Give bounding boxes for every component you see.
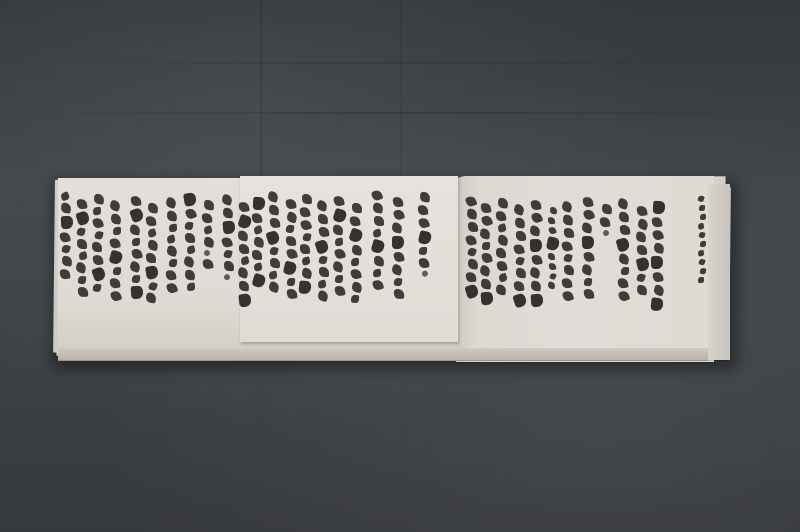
ink-glyph	[498, 273, 508, 283]
ink-glyph	[251, 212, 262, 223]
ink-glyph	[252, 250, 262, 260]
ink-glyph	[61, 244, 71, 254]
calligraphy-column	[636, 206, 648, 295]
ink-glyph	[637, 218, 650, 231]
ink-glyph	[561, 240, 573, 252]
ink-glyph	[564, 228, 575, 239]
ink-glyph	[146, 253, 156, 263]
ink-glyph	[224, 261, 234, 271]
ink-glyph	[269, 205, 280, 216]
ink-glyph	[202, 258, 214, 270]
ink-glyph	[698, 277, 704, 283]
ink-glyph	[650, 297, 663, 311]
ink-glyph	[301, 267, 313, 279]
calligraphy-column	[530, 200, 542, 307]
ink-glyph	[224, 274, 231, 281]
ink-glyph	[169, 259, 177, 267]
ink-glyph	[582, 196, 593, 207]
ink-glyph	[531, 254, 543, 266]
ink-glyph	[697, 195, 704, 202]
calligraphy-column	[317, 201, 329, 301]
ink-glyph	[203, 236, 215, 248]
ink-glyph	[183, 256, 195, 268]
ink-glyph	[132, 275, 141, 284]
ink-glyph	[466, 272, 477, 283]
ink-glyph	[148, 203, 159, 214]
ink-glyph	[581, 222, 592, 233]
ink-glyph	[92, 254, 103, 265]
manuscript-bottom-edge	[58, 348, 708, 361]
calligraphy-column	[333, 196, 345, 296]
calligraphy-column	[60, 192, 72, 279]
ink-glyph	[268, 271, 277, 280]
ink-glyph	[620, 224, 631, 235]
ink-glyph	[351, 244, 362, 255]
ink-glyph	[653, 201, 666, 215]
ink-glyph	[700, 214, 707, 221]
calligraphy-column	[146, 203, 158, 303]
ink-glyph	[60, 269, 71, 280]
ink-glyph	[374, 256, 385, 267]
ink-glyph	[599, 217, 610, 228]
ink-glyph	[131, 248, 143, 260]
ink-glyph	[317, 280, 326, 289]
ink-glyph	[468, 259, 479, 270]
ink-glyph	[563, 253, 573, 263]
ink-glyph	[93, 194, 104, 205]
ink-glyph	[314, 239, 329, 255]
ink-glyph	[392, 196, 403, 207]
ink-glyph	[547, 253, 554, 260]
ink-glyph	[636, 273, 646, 283]
ink-glyph	[547, 281, 555, 289]
ink-glyph	[351, 295, 360, 304]
ink-glyph	[464, 284, 479, 300]
ink-glyph	[418, 217, 430, 229]
ink-glyph	[94, 230, 104, 240]
calligraphy-column	[110, 201, 122, 301]
ink-glyph	[349, 215, 361, 227]
ink-glyph	[75, 261, 88, 274]
ink-glyph	[652, 271, 664, 283]
ink-glyph	[165, 196, 178, 209]
ink-glyph	[203, 225, 213, 235]
ink-glyph	[419, 247, 427, 255]
calligraphy-column	[480, 203, 492, 305]
ink-glyph	[253, 225, 263, 235]
ink-glyph	[480, 278, 491, 289]
ink-glyph	[530, 199, 541, 210]
ink-glyph	[602, 229, 610, 237]
ink-glyph	[621, 267, 629, 275]
ink-glyph	[351, 281, 363, 293]
ink-glyph	[60, 191, 70, 201]
ink-glyph	[76, 198, 87, 209]
ink-glyph	[481, 252, 493, 264]
ink-glyph	[618, 290, 631, 303]
ink-glyph	[223, 249, 233, 259]
ink-glyph	[147, 228, 157, 238]
ink-glyph	[93, 207, 102, 216]
ink-glyph	[334, 285, 345, 296]
ink-glyph	[147, 239, 159, 251]
ink-glyph	[253, 236, 265, 248]
ink-glyph	[512, 292, 527, 308]
ink-glyph	[496, 211, 507, 222]
calligraphy-column	[618, 199, 630, 301]
calligraphy-column	[652, 201, 664, 311]
ink-glyph	[418, 205, 429, 216]
ink-glyph	[636, 205, 648, 217]
ink-glyph	[497, 223, 507, 233]
ink-glyph	[132, 238, 140, 246]
ink-glyph	[109, 278, 120, 289]
ink-glyph	[78, 251, 87, 260]
ink-glyph	[480, 202, 491, 213]
ink-glyph	[698, 231, 705, 238]
ink-glyph	[239, 281, 250, 292]
ink-glyph	[617, 197, 629, 209]
ink-glyph	[166, 245, 178, 257]
ink-glyph	[515, 256, 525, 266]
ink-glyph	[302, 233, 311, 242]
ink-glyph	[145, 265, 159, 280]
ink-glyph	[61, 216, 73, 229]
ink-glyph	[495, 284, 506, 295]
ink-glyph	[109, 237, 121, 249]
ink-glyph	[651, 256, 663, 269]
ink-glyph	[468, 222, 478, 232]
ink-glyph	[583, 251, 595, 263]
ink-glyph	[481, 292, 494, 306]
ink-glyph	[700, 241, 706, 247]
calligraphy-column	[546, 207, 558, 289]
ink-glyph	[335, 238, 344, 247]
calligraphy-column	[582, 197, 594, 299]
calligraphy-column	[600, 204, 612, 236]
calligraphy-column	[696, 196, 708, 283]
ink-glyph	[615, 237, 630, 253]
ink-glyph	[129, 224, 141, 236]
ink-glyph	[583, 288, 594, 299]
ink-glyph	[651, 216, 662, 227]
ink-glyph	[549, 273, 557, 281]
calligraphy-column	[372, 190, 384, 290]
ink-glyph	[92, 283, 101, 292]
ink-glyph	[286, 236, 297, 247]
ink-glyph	[109, 199, 122, 212]
ink-glyph	[418, 257, 429, 268]
ink-glyph	[637, 245, 648, 256]
ink-glyph	[129, 260, 141, 272]
ink-glyph	[299, 206, 310, 217]
ink-glyph	[184, 221, 193, 230]
calligraphy-column	[202, 200, 214, 269]
ink-glyph	[318, 226, 329, 237]
calligraphy-column	[466, 196, 478, 298]
ink-glyph	[394, 278, 403, 287]
ink-glyph	[238, 201, 250, 213]
ink-glyph	[269, 246, 278, 255]
ink-glyph	[169, 224, 178, 233]
ink-glyph	[582, 236, 594, 249]
ink-glyph	[145, 292, 156, 303]
ink-glyph	[394, 289, 405, 300]
calligraphy-column	[222, 195, 234, 280]
ink-glyph	[183, 192, 197, 207]
ink-glyph	[221, 193, 233, 205]
calligraphy-column	[252, 197, 264, 287]
ink-glyph	[239, 244, 250, 255]
ink-glyph	[59, 231, 71, 243]
ink-glyph	[286, 224, 295, 233]
ink-glyph	[204, 200, 215, 211]
ink-glyph	[698, 258, 706, 266]
calligraphy-column	[76, 199, 88, 297]
ink-glyph	[286, 248, 298, 260]
ink-glyph	[547, 217, 555, 225]
ink-glyph	[393, 208, 406, 221]
ink-glyph	[222, 220, 235, 234]
ink-glyph	[653, 242, 665, 254]
ink-glyph	[371, 189, 384, 202]
ink-glyph	[531, 211, 544, 224]
ink-glyph	[333, 224, 344, 235]
ink-glyph	[549, 207, 557, 215]
ink-glyph	[62, 256, 73, 267]
calligraphy-column	[285, 199, 297, 299]
ink-glyph	[391, 222, 403, 234]
ink-glyph	[372, 202, 383, 213]
ink-glyph	[391, 263, 404, 276]
ink-glyph	[302, 194, 312, 204]
calligraphy-column	[350, 203, 362, 303]
ink-glyph	[110, 213, 121, 224]
ink-glyph	[166, 210, 177, 221]
ink-glyph	[562, 290, 575, 303]
ink-glyph	[514, 217, 525, 228]
ink-glyph	[335, 275, 343, 283]
ink-glyph	[698, 250, 705, 257]
ink-glyph	[221, 236, 233, 248]
ink-glyph	[187, 282, 196, 291]
ink-glyph	[372, 279, 384, 291]
ink-glyph	[513, 243, 525, 255]
ink-glyph	[333, 195, 345, 207]
calligraphy-column	[392, 197, 404, 299]
ink-glyph	[237, 267, 249, 279]
ink-glyph	[652, 229, 665, 242]
ink-glyph	[240, 256, 250, 266]
ink-glyph	[581, 264, 593, 276]
ink-glyph	[421, 270, 429, 278]
ink-glyph	[185, 233, 195, 243]
calligraphy-column	[184, 193, 196, 291]
ink-glyph	[223, 208, 234, 219]
ink-glyph	[130, 195, 141, 206]
ink-glyph	[286, 211, 299, 224]
ink-glyph	[548, 226, 557, 235]
ink-glyph	[352, 203, 362, 213]
ink-glyph	[110, 290, 123, 303]
ink-glyph	[286, 288, 297, 299]
ink-glyph	[130, 285, 143, 299]
ink-glyph	[561, 200, 574, 213]
ink-glyph	[319, 267, 329, 277]
ink-glyph	[270, 258, 280, 268]
manuscript-right-edge	[708, 184, 730, 360]
ink-glyph	[529, 266, 541, 278]
ink-glyph	[237, 230, 248, 241]
ink-glyph	[316, 200, 328, 212]
ink-glyph	[166, 234, 176, 244]
calligraphy-column	[496, 198, 508, 295]
ink-glyph	[113, 267, 122, 276]
ink-glyph	[516, 268, 527, 279]
ink-glyph	[496, 260, 507, 271]
ink-glyph	[479, 228, 491, 240]
ink-glyph	[166, 282, 179, 295]
ink-glyph	[201, 213, 212, 224]
ink-glyph	[392, 236, 404, 249]
ink-glyph	[318, 214, 329, 225]
ink-glyph	[548, 262, 556, 270]
ink-glyph	[374, 216, 384, 226]
ink-glyph	[482, 242, 490, 250]
ink-glyph	[513, 203, 526, 216]
ink-glyph	[481, 214, 494, 227]
ink-glyph	[699, 205, 706, 212]
ink-glyph	[419, 192, 430, 203]
calligraphy-column	[418, 192, 430, 277]
ink-glyph	[584, 278, 593, 287]
ink-glyph	[77, 239, 87, 249]
calligraphy-column	[166, 198, 178, 293]
ink-glyph	[529, 225, 541, 237]
ink-glyph	[467, 247, 477, 257]
ink-glyph	[287, 278, 295, 286]
ink-glyph	[619, 212, 630, 223]
ink-glyph	[253, 197, 266, 211]
ink-glyph	[146, 216, 157, 227]
ink-glyph	[185, 207, 198, 220]
ink-glyph	[653, 284, 665, 296]
ink-glyph	[530, 239, 542, 252]
calligraphy-column	[562, 202, 574, 301]
ink-glyph	[370, 239, 385, 255]
calligraphy-column	[268, 192, 280, 292]
ink-glyph	[635, 231, 646, 242]
ink-glyph	[479, 264, 492, 277]
ink-glyph	[317, 290, 330, 303]
ink-glyph	[583, 208, 596, 221]
calligraphy-column	[130, 196, 142, 299]
ink-glyph	[267, 191, 279, 203]
ink-glyph	[465, 234, 477, 246]
ink-glyph	[78, 287, 89, 298]
ink-glyph	[561, 277, 572, 288]
ink-glyph	[332, 261, 344, 273]
ink-glyph	[351, 258, 359, 266]
ink-glyph	[564, 265, 575, 276]
ink-glyph	[562, 214, 573, 225]
ink-glyph	[497, 198, 508, 209]
calligraphy-column	[514, 205, 526, 307]
ink-glyph	[60, 202, 71, 213]
ink-glyph	[186, 245, 196, 255]
ink-glyph	[697, 223, 704, 230]
ink-glyph	[113, 227, 121, 235]
ink-glyph	[92, 242, 102, 252]
ink-glyph	[76, 227, 85, 236]
ink-glyph	[602, 204, 613, 215]
ink-glyph	[637, 285, 648, 296]
ink-glyph	[348, 227, 364, 243]
calligraphy-column	[300, 194, 312, 294]
ink-glyph	[513, 281, 524, 292]
ink-glyph	[350, 268, 362, 280]
ink-glyph	[617, 277, 628, 288]
ink-glyph	[531, 281, 542, 292]
ink-glyph	[700, 268, 707, 275]
ink-glyph	[148, 281, 158, 291]
ink-glyph	[238, 293, 251, 307]
ink-glyph	[373, 269, 382, 278]
ink-glyph	[301, 256, 311, 266]
ink-glyph	[265, 230, 280, 246]
ink-glyph	[318, 255, 327, 264]
ink-glyph	[109, 250, 124, 266]
ink-glyph	[285, 198, 297, 210]
calligraphy-column	[92, 194, 104, 292]
ink-glyph	[300, 219, 313, 232]
ink-glyph	[465, 195, 478, 208]
ink-glyph	[165, 269, 176, 280]
ink-glyph	[618, 253, 630, 265]
ink-glyph	[334, 248, 346, 260]
ink-glyph	[530, 293, 543, 307]
ink-glyph	[393, 251, 405, 263]
ink-glyph	[516, 231, 527, 242]
ink-glyph	[298, 280, 311, 294]
ink-glyph	[497, 234, 509, 246]
ink-glyph	[300, 244, 310, 254]
ink-glyph	[372, 228, 382, 238]
ink-glyph	[269, 217, 280, 228]
ink-glyph	[204, 250, 210, 256]
ink-glyph	[185, 270, 196, 281]
ink-glyph	[92, 217, 104, 229]
ink-glyph	[268, 281, 281, 294]
ink-glyph	[496, 248, 506, 258]
ink-glyph	[253, 262, 262, 271]
ink-glyph	[466, 208, 477, 219]
ink-glyph	[78, 276, 87, 285]
calligraphy-column	[238, 202, 250, 307]
ink-glyph	[283, 260, 298, 276]
